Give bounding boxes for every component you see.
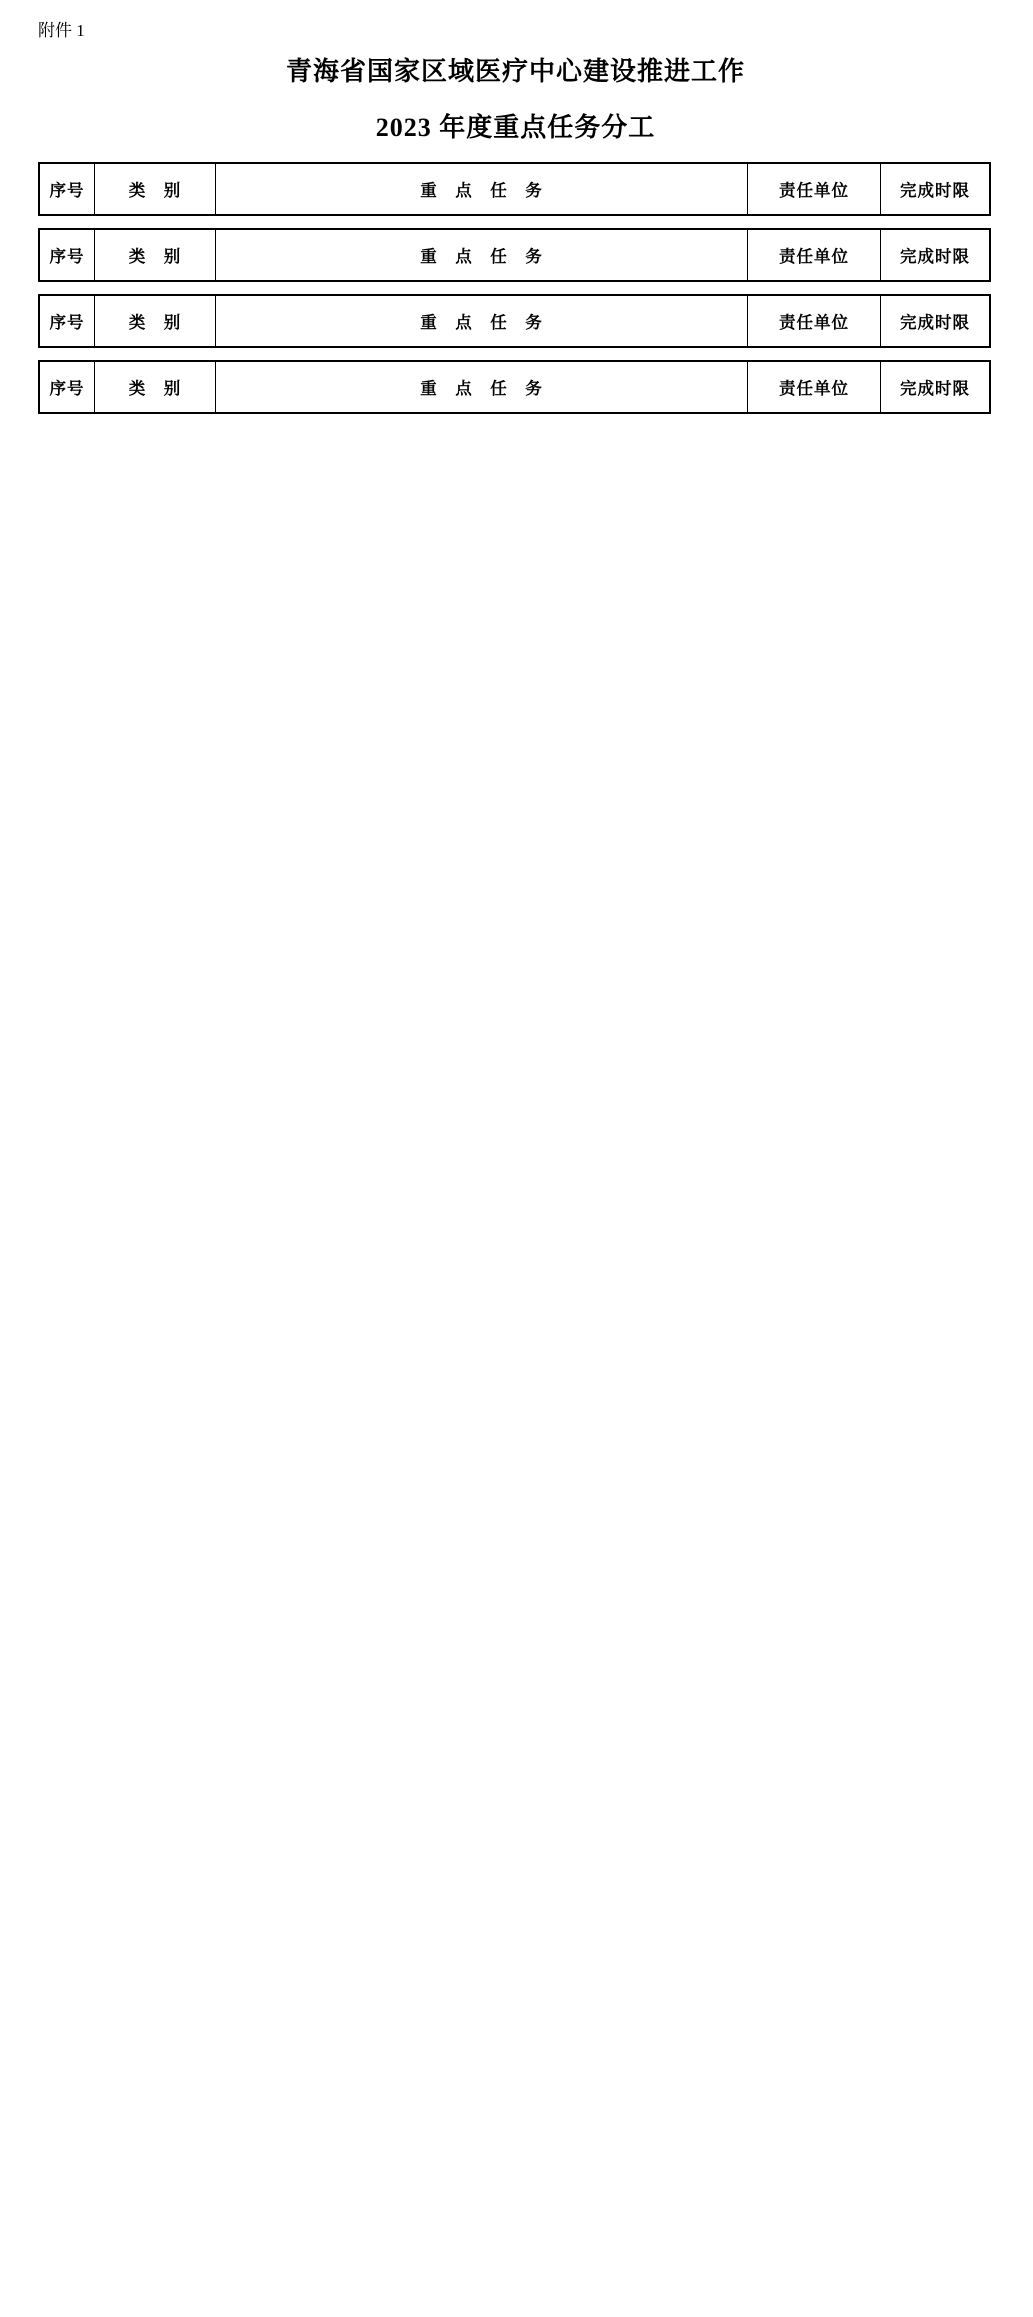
table-header-row: 序号类 别重 点 任 务责任单位完成时限 — [39, 163, 990, 215]
task-table: 序号类 别重 点 任 务责任单位完成时限 — [38, 360, 991, 414]
column-header-unit: 责任单位 — [748, 229, 881, 281]
column-header-unit: 责任单位 — [748, 361, 881, 413]
table-header-row: 序号类 别重 点 任 务责任单位完成时限 — [39, 229, 990, 281]
column-header-task: 重 点 任 务 — [216, 229, 748, 281]
column-header-no: 序号 — [39, 163, 95, 215]
task-table: 序号类 别重 点 任 务责任单位完成时限 — [38, 228, 991, 282]
table-header-row: 序号类 别重 点 任 务责任单位完成时限 — [39, 295, 990, 347]
column-header-deadline: 完成时限 — [881, 295, 991, 347]
column-header-deadline: 完成时限 — [881, 361, 991, 413]
task-table: 序号类 别重 点 任 务责任单位完成时限 — [38, 294, 991, 348]
document-page: 附件 1 青海省国家区域医疗中心建设推进工作 2023 年度重点任务分工 序号类… — [0, 0, 1033, 460]
tables-container: 序号类 别重 点 任 务责任单位完成时限序号类 别重 点 任 务责任单位完成时限… — [38, 162, 993, 414]
column-header-no: 序号 — [39, 229, 95, 281]
column-header-deadline: 完成时限 — [881, 229, 991, 281]
task-table: 序号类 别重 点 任 务责任单位完成时限 — [38, 162, 991, 216]
column-header-no: 序号 — [39, 361, 95, 413]
column-header-no: 序号 — [39, 295, 95, 347]
column-header-unit: 责任单位 — [748, 163, 881, 215]
column-header-category: 类 别 — [95, 229, 216, 281]
column-header-category: 类 别 — [95, 163, 216, 215]
attachment-label: 附件 1 — [38, 16, 993, 41]
document-title-line1: 青海省国家区域医疗中心建设推进工作 — [38, 49, 993, 95]
table-header-row: 序号类 别重 点 任 务责任单位完成时限 — [39, 361, 990, 413]
column-header-task: 重 点 任 务 — [216, 295, 748, 347]
column-header-category: 类 别 — [95, 295, 216, 347]
document-title-line2: 2023 年度重点任务分工 — [38, 105, 993, 151]
column-header-task: 重 点 任 务 — [216, 163, 748, 215]
column-header-task: 重 点 任 务 — [216, 361, 748, 413]
column-header-deadline: 完成时限 — [881, 163, 991, 215]
column-header-category: 类 别 — [95, 361, 216, 413]
column-header-unit: 责任单位 — [748, 295, 881, 347]
